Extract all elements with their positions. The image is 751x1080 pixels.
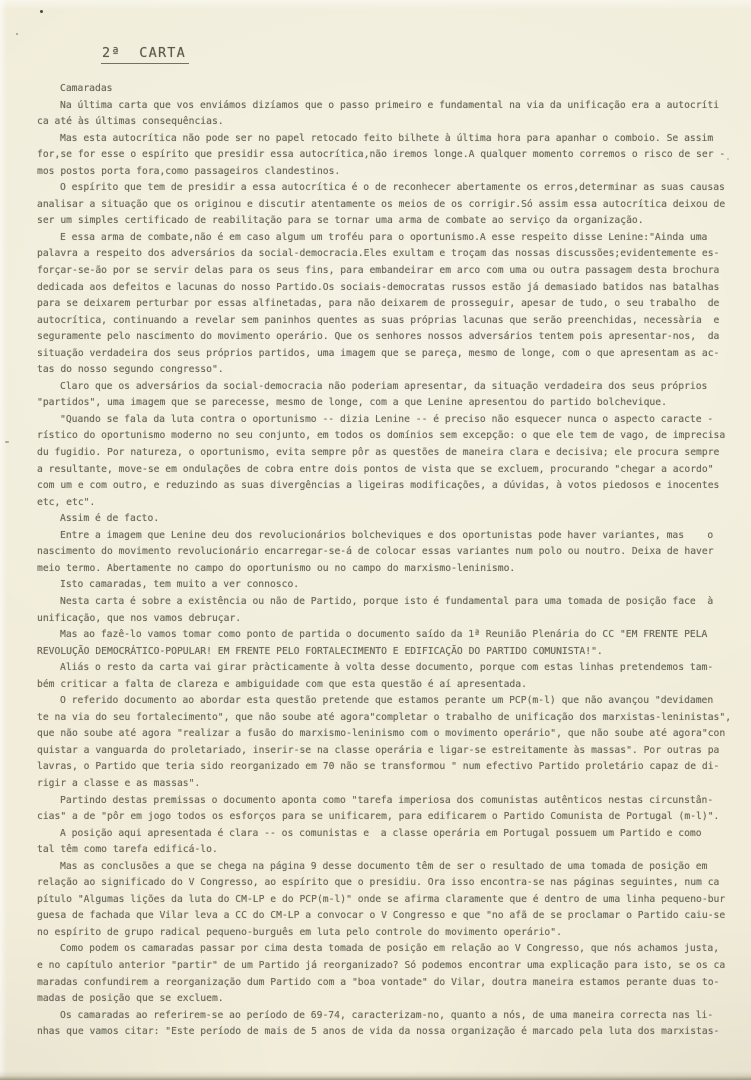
text-line: Mas esta autocrítica não pode ser no pap… [37,131,743,148]
text-line: du fugidio. Por natureza, o oportunismo,… [37,445,743,462]
text-line: nhas que vamos citar: "Este período de m… [37,1024,743,1041]
ink-speck [16,33,18,35]
text-line: E essa arma de combate,não é em caso alg… [37,230,743,247]
text-line: forçar-se-ão por se servir delas para os… [37,263,743,280]
text-line: a resultante, move-se em ondulações de c… [37,462,743,479]
text-line: ca até às últimas consequências. [37,114,743,131]
page-bottom-edge [0,1071,751,1080]
text-line: relação ao significado do V Congresso, a… [37,875,743,892]
text-line: Claro que os adversários da social-democ… [37,379,743,396]
ink-speck [40,10,43,13]
text-line: Mas ao fazê-lo vamos tomar como ponto de… [37,627,743,644]
text-line: rigir a classe e as massas". [37,776,743,793]
text-line: bém criticar a falta de clareza e ambigu… [37,677,743,694]
text-line: seguramente pelo nascimento do movimento… [37,329,743,346]
letter-body: CamaradasNa última carta que vos enviámo… [37,81,743,1041]
text-line: Mas as conclusões a que se chega na pági… [37,859,743,876]
text-line: meio termo. Abertamente no campo do opor… [37,561,743,578]
text-line: ser um simples certificado de reabilitaç… [37,213,743,230]
text-line: A posição aqui apresentada é clara -- os… [37,826,743,843]
text-line: Aliás o resto da carta vai girar pràctic… [37,660,743,677]
text-line: mos postos porta fora,como passageiros c… [37,164,743,181]
text-line: analisar a situação que os originou e di… [37,197,743,214]
text-line: e no capítulo anterior "partir" de um Pa… [37,958,743,975]
text-line: unificação, que nos vamos debruçar. [37,611,743,628]
text-line: palavra a respeito dos adversários da so… [37,246,743,263]
text-line: pítulo "Algumas lições da luta do CM-LP … [37,892,743,909]
text-line: tas do nosso segundo congresso". [37,362,743,379]
text-line: guesa de fachada que Vilar leva a CC do … [37,908,743,925]
text-line: Assim é de facto. [37,511,743,528]
text-line: tal têm como tarefa edificá-lo. [37,842,743,859]
text-line: Entre a imagem que Lenine deu dos revolu… [37,528,743,545]
text-line: no espírito de grupo radical pequeno-bur… [37,925,743,942]
text-line: Os camaradas ao referirem-se ao período … [37,1008,743,1025]
text-line: madas de posição que se excluem. [37,991,743,1008]
text-line: etc, etc". [37,495,743,512]
text-line: "Quando se fala da luta contra o oportun… [37,412,743,429]
text-line: nascimento do movimento revolucionário e… [37,544,743,561]
text-line: lavras, o Partido que teria sido reorgan… [37,759,743,776]
text-line: quistar a vanguarda do proletariado, ins… [37,743,743,760]
text-line: maradas confundirem a reorganização dum … [37,975,743,992]
text-line: dedicada aos defeitos e lacunas do nosso… [37,280,743,297]
text-line: O referido documento ao abordar esta que… [37,693,743,710]
text-line: Partindo destas premissas o documento ap… [37,793,743,810]
text-line: Nesta carta é sobre a existência ou não … [37,594,743,611]
text-line: O espírito que tem de presidir a essa au… [37,180,743,197]
text-line: para se deixarem perturbar por essas alf… [37,296,743,313]
text-line: que não soube até agora "realizar a fusã… [37,726,743,743]
letter-title: 2ª CARTA [101,45,189,64]
text-line: te na via do seu fortalecimento", que nã… [37,710,743,727]
text-line: Isto camaradas, tem muito a ver connosco… [37,577,743,594]
text-line: Na última carta que vos enviámos dizíamo… [37,98,743,115]
ink-speck [5,441,9,443]
typewritten-page: 2ª CARTA CamaradasNa última carta que vo… [0,0,751,1080]
text-line: situação verdadeira dos seus próprios pa… [37,346,743,363]
text-line: for,se for esse o espírito que presidir … [37,147,743,164]
text-line: com um e com outro, e reduzindo as suas … [37,478,743,495]
text-line: cias" a de "pôr em jogo todos os esforço… [37,809,743,826]
text-line: "partidos", uma imagem que se parecesse,… [37,395,743,412]
text-line: REVOLUÇÃO DEMOCRÁTICO-POPULAR! EM FRENTE… [37,644,743,661]
text-line: autocrítica, continuando a revelar sem p… [37,313,743,330]
text-line: Como podem os camaradas passar por cima … [37,941,743,958]
text-line: Camaradas [37,81,743,98]
text-line: rístico do oportunismo moderno no seu co… [37,428,743,445]
